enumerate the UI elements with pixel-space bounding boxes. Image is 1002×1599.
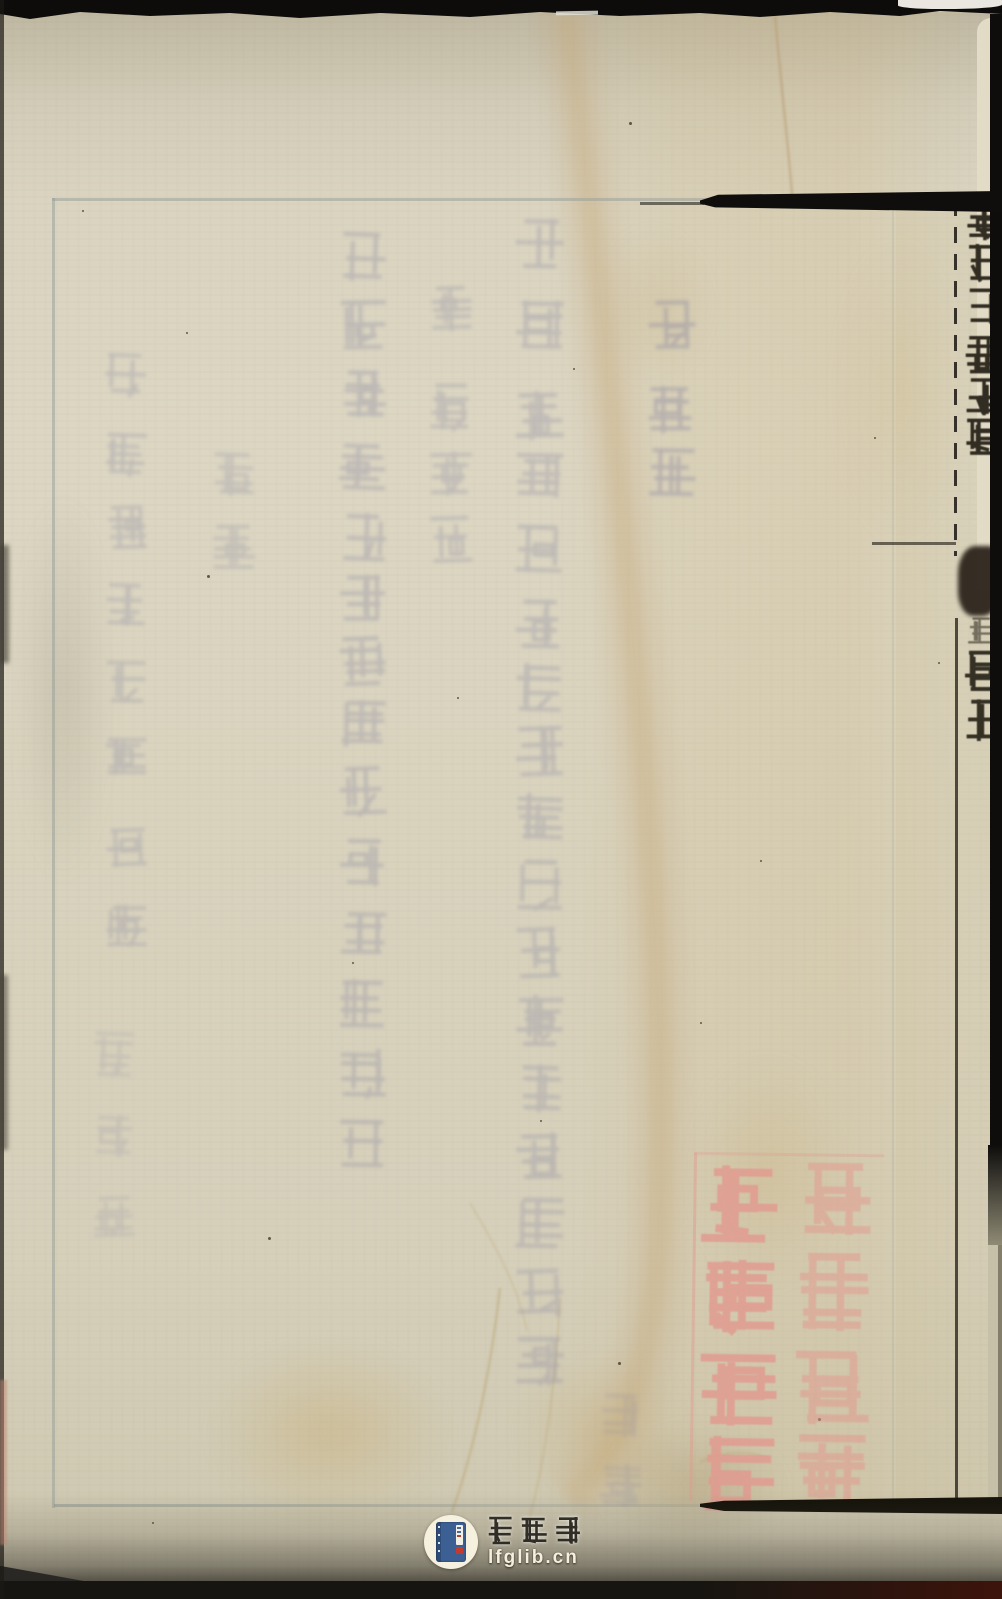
seal-glyph <box>693 1343 782 1432</box>
scanner-edge-bottom <box>0 1581 1002 1599</box>
scanner-edge-left <box>0 0 4 1599</box>
watermark-site-name <box>487 1516 597 1550</box>
watermark-badge <box>424 1515 478 1569</box>
watermark-name-character <box>553 1516 582 1545</box>
spine-rule-line <box>872 542 956 545</box>
seal-glyph <box>696 1159 785 1248</box>
scanner-edge-right <box>990 14 1002 1145</box>
book-title-label <box>456 1525 463 1545</box>
watermark-name-character <box>520 1516 549 1545</box>
seal-glyph <box>792 1156 877 1241</box>
seal-glyph <box>694 1251 783 1340</box>
seal-glyph <box>791 1250 876 1335</box>
edge-smudge <box>0 545 9 663</box>
torn-paper-sliver <box>898 0 1002 9</box>
thread-bound-book-icon <box>436 1522 466 1562</box>
watermark-name-character <box>487 1516 516 1545</box>
torn-paper-sliver <box>556 11 598 16</box>
edge-smudge <box>0 975 8 1150</box>
scanned-page: lfglib.cn <box>0 0 1002 1599</box>
spine-divider-dashed <box>954 200 957 556</box>
watermark-site-url: lfglib.cn <box>488 1547 618 1569</box>
seal-glyph <box>789 1344 874 1429</box>
spine-top-border <box>640 202 704 205</box>
scanner-edge-right <box>988 1145 1002 1245</box>
page-edge-line <box>998 1245 1002 1500</box>
spine-divider-line <box>955 618 958 1498</box>
red-collector-seal <box>0 0 1002 1599</box>
edge-discoloration <box>0 1380 7 1545</box>
book-seal-mark <box>456 1547 463 1554</box>
book-stitch-dots <box>438 1526 440 1558</box>
